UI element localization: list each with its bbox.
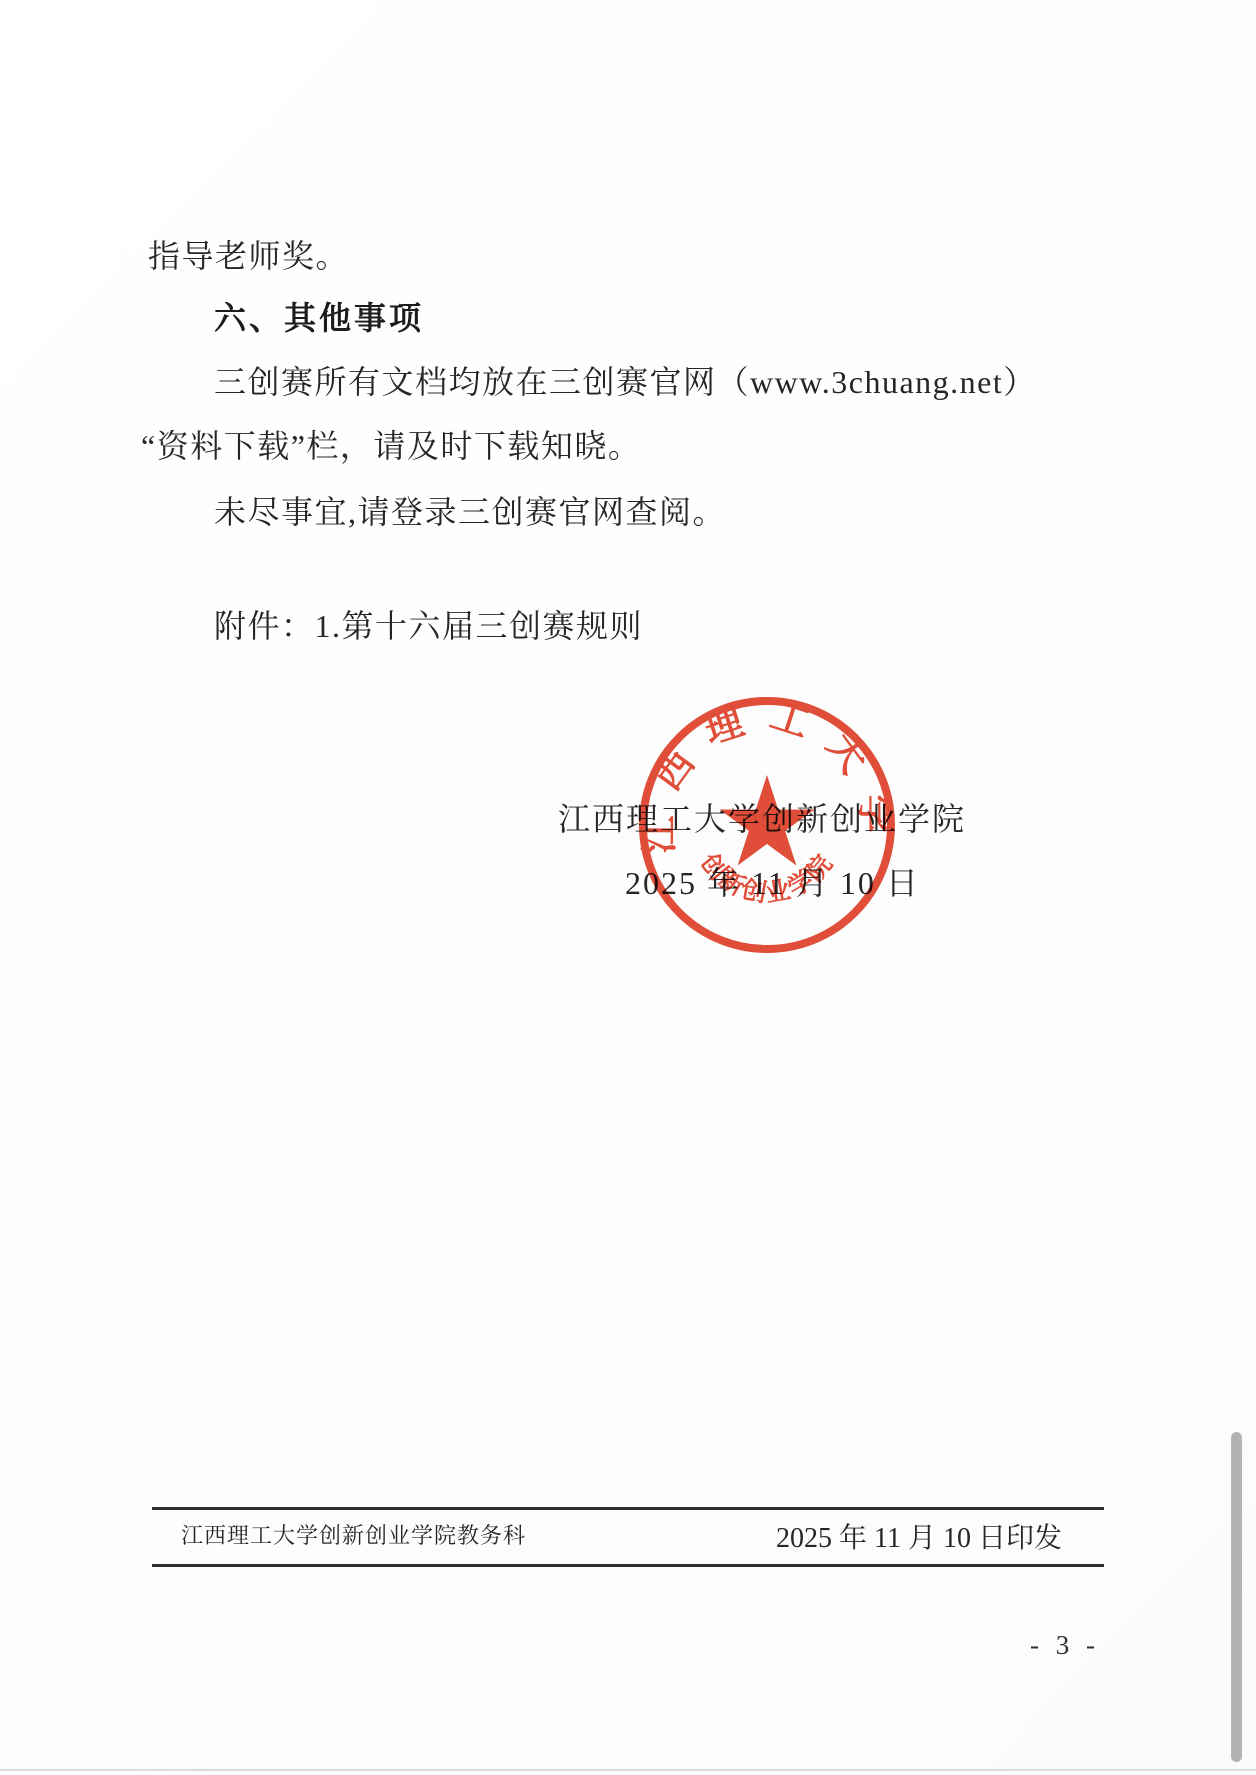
body-paragraph-line: 未尽事宜,请登录三创赛官网查阅。 [214, 492, 726, 532]
scrollbar-thumb[interactable] [1231, 1432, 1242, 1762]
attachment-line: 附件：1.第十六届三创赛规则 [214, 606, 643, 646]
svg-text:创新创业学院: 创新创业学院 [694, 847, 839, 908]
footer-rule-bottom [152, 1564, 1104, 1567]
footer-rule-top [152, 1507, 1104, 1510]
footer-print-date: 2025 年 11 月 10 日印发 [776, 1516, 1062, 1556]
viewport-bottom-edge [0, 1769, 1256, 1771]
official-seal: 江西理工大学 创新创业学院 [627, 685, 907, 965]
body-line-tail: 指导老师奖。 [148, 236, 349, 276]
section-heading: 六、其他事项 [214, 298, 424, 338]
document-page: 指导老师奖。 六、其他事项 三创赛所有文档均放在三创赛官网（www.3chuan… [0, 0, 1256, 1775]
seal-bottom-text: 创新创业学院 [694, 847, 839, 908]
body-paragraph-line: 三创赛所有文档均放在三创赛官网（www.3chuang.net） [214, 362, 1037, 402]
footer-issuer: 江西理工大学创新创业学院教务科 [181, 1519, 526, 1550]
page-number: - 3 - [1010, 1630, 1120, 1661]
body-paragraph-line: “资料下载”栏，请及时下载知晓。 [141, 426, 641, 466]
seal-star-icon [719, 775, 814, 866]
